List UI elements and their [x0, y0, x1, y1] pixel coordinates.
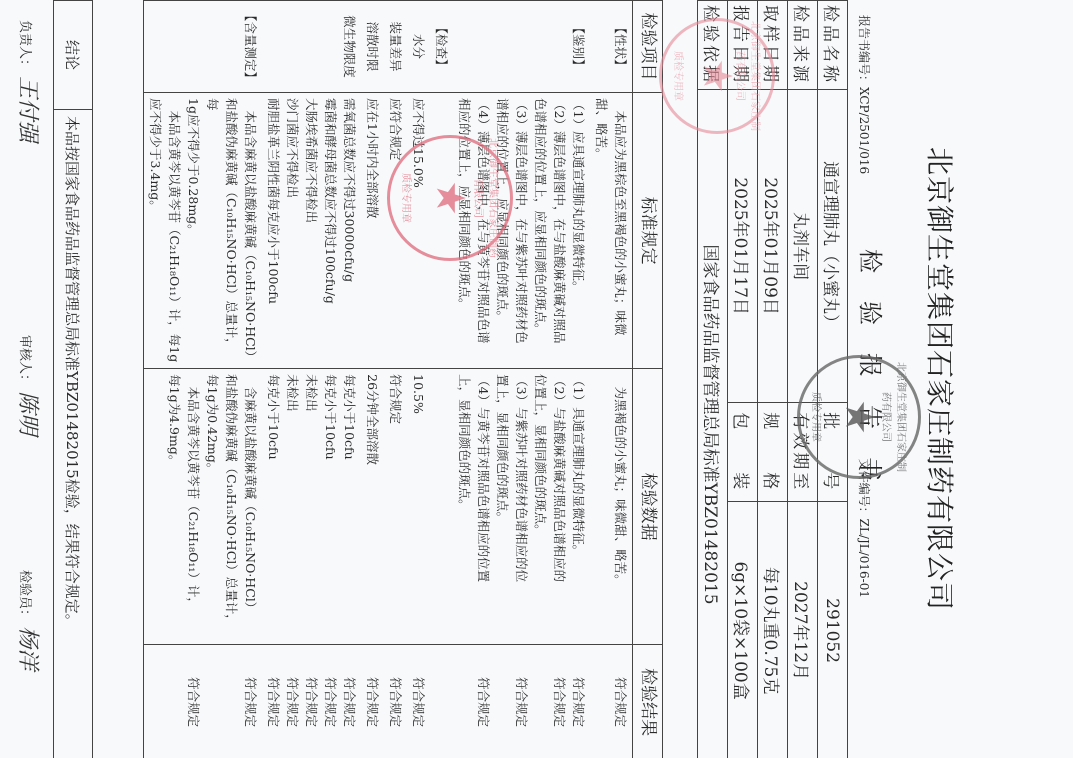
cell-result: 符合规定 — [407, 645, 430, 758]
item-label: 【检查】 — [432, 6, 451, 87]
responsible-label: 负责人： — [17, 20, 32, 72]
standard-line: 耐胆盐革兰阴性菌每克应小于100cfu — [264, 98, 283, 363]
header-result: 检验结果 — [633, 645, 663, 758]
test-results-table: 检验项目 标准规定 检验数据 检验结果 【性状】 本品应为黑棕色至黑褐色的小蜜丸… — [143, 0, 663, 758]
result-line: 符合规定 — [363, 650, 382, 754]
cell-item: 溶散时限 — [361, 1, 384, 93]
data-line: 每1g为0.42mg。 — [203, 374, 222, 639]
package-label: 包 装 — [728, 403, 758, 502]
result-line: 符合规定 — [409, 650, 428, 754]
product-name-label: 检品名称 — [818, 1, 848, 90]
cell-data: 每克小于10cfu每克小于10cfu未检出未检出每克小于10cfu — [262, 369, 361, 645]
data-line: 上，显相同颜色的斑点。 — [455, 374, 474, 639]
item-label: 装量差异 — [386, 6, 405, 87]
standard-line: （2）薄层色谱图中，在与盐酸麻黄碱对照品 — [550, 98, 569, 363]
result-line: 符合规定 — [569, 650, 588, 754]
standard-line: 需氧菌总数应不得过30000cfu/g — [340, 98, 359, 363]
cell-data: 为黑褐色的小蜜丸；味微甜、略苦。 — [590, 369, 633, 645]
cell-item: 装量差异 — [384, 1, 407, 93]
data-line: 每克小于10cfu — [340, 374, 359, 639]
data-line: 每克小于10cfu — [321, 374, 340, 639]
table-row: 装量差异应符合规定符合规定符合规定 — [384, 1, 407, 758]
standard-line: 本品含麻黄以盐酸麻黄碱（C₁₀H₁₅NO·HCl） — [241, 98, 260, 363]
report-date-value: 2025年01月17日 — [728, 90, 758, 403]
standard-line: 1g应不得少于0.28mg。 — [184, 98, 203, 363]
source-value: 丸剂车间 — [788, 90, 818, 403]
cell-result: 符合规定 — [384, 645, 407, 758]
cell-standard: 本品含麻黄以盐酸麻黄碱（C₁₀H₁₅NO·HCl）和盐酸伪麻黄碱（C₁₀H₁₅N… — [144, 93, 263, 369]
cell-data: 符合规定 — [384, 369, 407, 645]
seal-text-top: 北京御生堂集团石家庄制药有限公司 — [880, 358, 910, 476]
expiry-value: 2027年12月 — [788, 502, 818, 758]
source-label: 检品来源 — [788, 1, 818, 90]
cell-standard: 本品应为黑棕色至黑褐色的小蜜丸；味微甜、略苦。 — [590, 93, 633, 369]
item-label: 【含量测定】 — [241, 6, 260, 87]
result-line — [222, 650, 241, 754]
result-line: 符合规定 — [340, 650, 359, 754]
result-line: 符合规定 — [302, 650, 321, 754]
table-row: 微生物限度需氧菌总数应不得过30000cfu/g霉菌和酵母菌总数应不得过100c… — [262, 1, 361, 758]
standard-line: 大肠埃希菌应不得检出 — [302, 98, 321, 363]
data-line: 为黑褐色的小蜜丸；味微甜、略苦。 — [611, 374, 630, 639]
star-icon: ★ — [427, 180, 473, 216]
table-row: 水分应不得过15.0%10.5%符合规定 — [407, 1, 430, 758]
reviewer-handwriting: 陈明 — [15, 391, 40, 435]
cell-result: 符合规定符合规定符合规定符合规定符合规定 — [262, 645, 361, 758]
data-line: （3）与紫苏叶对照药材色谱相应的位 — [512, 374, 531, 639]
inspection-report-page: 北京御生堂集团石家庄制药有限公司 检验报告书 报告书编号：XCP/2501/01… — [0, 0, 1073, 758]
reviewer-signature: 审核人： 陈明 — [14, 335, 45, 435]
data-line: 10.5% — [409, 374, 428, 639]
standard-line: 沙门菌应不得检出 — [283, 98, 302, 363]
result-line: 符合规定 — [386, 650, 405, 754]
red-qc-seal-stamp: 北京御生堂集团石家庄制药有限公司 ★ 质检专用章 — [387, 135, 513, 261]
table-row: 【检查】 — [430, 1, 453, 758]
data-line: 每1g为4.9mg。 — [165, 374, 184, 639]
item-label: 微生物限度 — [340, 6, 359, 87]
file-number: 文件编号：ZL/JL/016-01 — [856, 459, 873, 598]
report-number-value: XCP/2501/016 — [857, 87, 871, 174]
standard-line: 色谱相应的位置上，应显相同颜色的斑点。 — [531, 98, 550, 363]
result-line — [203, 650, 222, 754]
cell-result: 符合规定 — [361, 645, 384, 758]
result-line: 符合规定 — [474, 650, 493, 754]
seal-text-top: 北京御生堂集团石家庄制药有限公司 — [472, 138, 502, 258]
data-line: 未检出 — [283, 374, 302, 639]
responsible-signature: 负责人： 王付强 — [14, 20, 45, 142]
header-standard: 标准规定 — [633, 93, 663, 369]
standard-line: 霉菌和酵母菌总数应不得过100cfu/g — [321, 98, 340, 363]
table-header-row: 检验项目 标准规定 检验数据 检验结果 — [633, 1, 663, 758]
result-line: 符合规定 — [321, 650, 340, 754]
result-line: 符合规定 — [283, 650, 302, 754]
data-line: 置上，显相同颜色的斑点。 — [493, 374, 512, 639]
data-line: （1）具通宣理肺丸的显微特征。 — [569, 374, 588, 639]
standard-line: （1）应具通宣理肺丸的显微特征。 — [569, 98, 588, 363]
responsible-handwriting: 王付强 — [15, 76, 40, 142]
company-title: 北京御生堂集团石家庄制药有限公司 — [921, 0, 961, 758]
seal-text-bottom: 质检专用章 — [672, 21, 687, 131]
cell-result — [430, 645, 453, 758]
cell-item: 微生物限度 — [262, 1, 361, 93]
result-line — [531, 650, 550, 754]
standard-line: 本品含黄芩以黄芩苷（C₂₁H₁₈O₁₁）计，每1g — [165, 98, 184, 363]
qc-seal-stamp: 北京御生堂集团石家庄制药有限公司 ★ 质检专用章 — [797, 355, 921, 479]
data-line: 每克小于10cfu — [264, 374, 283, 639]
data-line: 和盐酸伪麻黄碱（C₁₀H₁₅NO·HCl）总量计， — [222, 374, 241, 639]
seal-text-top: 北京御生堂集团石家庄制药有限公司 — [734, 21, 764, 131]
reviewer-label: 审核人： — [17, 335, 32, 387]
cell-standard: 需氧菌总数应不得过30000cfu/g霉菌和酵母菌总数应不得过100cfu/g大… — [262, 93, 361, 369]
conclusion-table: 结论 本品按国家食品药品监督管理总局标准YBZ01482015检验，结果符合规定… — [53, 0, 93, 758]
file-number-value: ZL/JL/016-01 — [857, 519, 871, 598]
cell-data: 10.5% — [407, 369, 430, 645]
spec-label: 规 格 — [758, 403, 788, 502]
item-label: 【性状】 — [611, 6, 630, 87]
conclusion-text: 本品按国家食品药品监督管理总局标准YBZ01482015检验，结果符合规定。 — [54, 110, 93, 758]
standard-line: 和盐酸伪麻黄碱（C₁₀H₁₅NO·HCl）总量计，每 — [203, 98, 241, 363]
standard-line: 甜、略苦。 — [592, 98, 611, 363]
red-qc-seal-stamp-2: 北京御生堂集团石家庄制药有限公司 ★ 质检专用章 — [659, 18, 775, 134]
sample-date-value: 2025年01月09日 — [758, 90, 788, 403]
package-value: 6g×10袋×100盒 — [728, 502, 758, 758]
result-line: 符合规定 — [550, 650, 569, 754]
standard-line: 本品应为黑棕色至黑褐色的小蜜丸；味微 — [611, 98, 630, 363]
result-line: 符合规定 — [512, 650, 531, 754]
data-line: 位置上，显相同颜色的斑点。 — [531, 374, 550, 639]
seal-text-bottom: 质检专用章 — [810, 358, 825, 476]
table-row: 【鉴别】（1）应具通宣理肺丸的显微特征。（2）薄层色谱图中，在与盐酸麻黄碱对照品… — [453, 1, 590, 758]
item-label: 溶散时限 — [363, 6, 382, 87]
item-label: 水分 — [409, 6, 428, 87]
batch-value: 291052 — [818, 502, 848, 758]
cell-data: 含麻黄以盐酸麻黄碱（C₁₀H₁₅NO·HCl）和盐酸伪麻黄碱（C₁₀H₁₅NO·… — [144, 369, 263, 645]
spec-value: 每10丸重0.75克 — [758, 502, 788, 758]
header-data: 检验数据 — [633, 369, 663, 645]
inspector-signature: 检验员： 杨洋 — [14, 570, 45, 670]
result-line — [493, 650, 512, 754]
table-row: 【含量测定】 本品含麻黄以盐酸麻黄碱（C₁₀H₁₅NO·HCl）和盐酸伪麻黄碱（… — [144, 1, 263, 758]
cell-standard: 应在1小时内全部溶散 — [361, 93, 384, 369]
star-icon: ★ — [836, 399, 882, 435]
cell-item: 【含量测定】 — [144, 1, 263, 93]
report-number: 报告书编号：XCP/2501/016 — [856, 15, 873, 174]
result-line: 符合规定 — [264, 650, 283, 754]
basis-value: 国家食品药品监督管理总局标准YBZ01482015 — [698, 90, 728, 758]
data-line: 含麻黄以盐酸麻黄碱（C₁₀H₁₅NO·HCl） — [241, 374, 260, 639]
data-line: （2）与盐酸麻黄碱对照品色谱相应的 — [550, 374, 569, 639]
cell-data: （1）具通宣理肺丸的显微特征。（2）与盐酸麻黄碱对照品色谱相应的位置上，显相同颜… — [453, 369, 590, 645]
standard-line: 应在1小时内全部溶散 — [363, 98, 382, 363]
result-line: 符合规定 — [611, 650, 630, 754]
cell-item: 【鉴别】 — [453, 1, 590, 93]
cell-result: 符合规定符合规定 — [144, 645, 263, 758]
result-line: 符合规定 — [241, 650, 260, 754]
cell-result: 符合规定符合规定符合规定符合规定 — [453, 645, 590, 758]
result-line: 符合规定 — [184, 650, 203, 754]
inspector-label: 检验员： — [17, 570, 32, 622]
table-row: 【性状】 本品应为黑棕色至黑褐色的小蜜丸；味微甜、略苦。 为黑褐色的小蜜丸；味微… — [590, 1, 633, 758]
cell-item: 【检查】 — [430, 1, 453, 93]
cell-data: 26分钟全部溶散 — [361, 369, 384, 645]
conclusion-label: 结论 — [54, 1, 93, 110]
cell-item: 【性状】 — [590, 1, 633, 93]
conclusion-row: 结论 本品按国家食品药品监督管理总局标准YBZ01482015检验，结果符合规定… — [54, 1, 93, 758]
cell-result: 符合规定 — [590, 645, 633, 758]
standard-line: （3）薄层色谱图中，在与紫苏叶对照药材色 — [512, 98, 531, 363]
data-line: （4）与黄芩苷对照品色谱相应的位置 — [474, 374, 493, 639]
data-line: 26分钟全部溶散 — [363, 374, 382, 639]
report-number-label: 报告书编号： — [857, 15, 871, 87]
item-label: 【鉴别】 — [569, 6, 588, 87]
data-line: 未检出 — [302, 374, 321, 639]
standard-line: 应不得少于3.4mg。 — [146, 98, 165, 363]
data-line: 符合规定 — [386, 374, 405, 639]
cell-data — [430, 369, 453, 645]
header-item: 检验项目 — [633, 1, 663, 93]
product-name-value: 通宣理肺丸（小蜜丸） — [818, 90, 848, 403]
seal-text-bottom: 质检专用章 — [400, 138, 415, 258]
data-line: 本品含黄芩以黄芩苷（C₂₁H₁₈O₁₁）计， — [184, 374, 203, 639]
table-row: 溶散时限应在1小时内全部溶散26分钟全部溶散符合规定 — [361, 1, 384, 758]
cell-item: 水分 — [407, 1, 430, 93]
inspector-handwriting: 杨洋 — [15, 626, 40, 670]
